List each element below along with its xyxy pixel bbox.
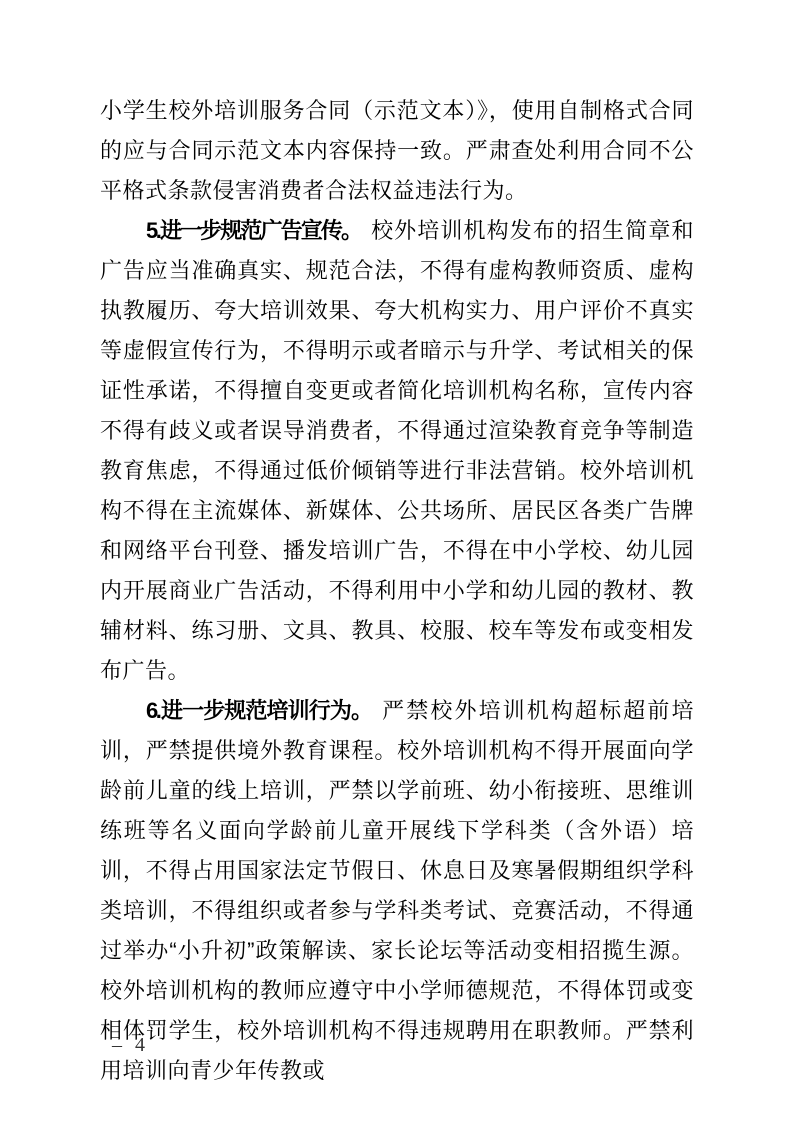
page-number: – 4 (112, 1034, 149, 1057)
item-5-text: 校外培训机构发布的招生简章和广告应当准确真实、规范合法，不得有虚构教师资质、虚构… (100, 218, 694, 683)
paragraph-item-5: 5.进一步规范广告宣传。校外培训机构发布的招生简章和广告应当准确真实、规范合法，… (100, 211, 694, 691)
paragraph-continuation-text: 小学生校外培训服务合同（示范文本）》，使用自制格式合同的应与合同示范文本内容保持… (100, 98, 694, 203)
document-page: 小学生校外培训服务合同（示范文本）》，使用自制格式合同的应与合同示范文本内容保持… (0, 0, 793, 1122)
document-body: 小学生校外培训服务合同（示范文本）》，使用自制格式合同的应与合同示范文本内容保持… (100, 91, 694, 1091)
paragraph-continuation: 小学生校外培训服务合同（示范文本）》，使用自制格式合同的应与合同示范文本内容保持… (100, 91, 694, 211)
item-6-heading: 6.进一步规范培训行为。 (146, 698, 372, 723)
item-6-text: 严禁校外培训机构超标超前培训，严禁提供境外教育课程。校外培训机构不得开展面向学龄… (100, 698, 694, 1083)
item-5-heading: 5.进一步规范广告宣传。 (146, 218, 361, 243)
paragraph-item-6: 6.进一步规范培训行为。严禁校外培训机构超标超前培训，严禁提供境外教育课程。校外… (100, 691, 694, 1091)
